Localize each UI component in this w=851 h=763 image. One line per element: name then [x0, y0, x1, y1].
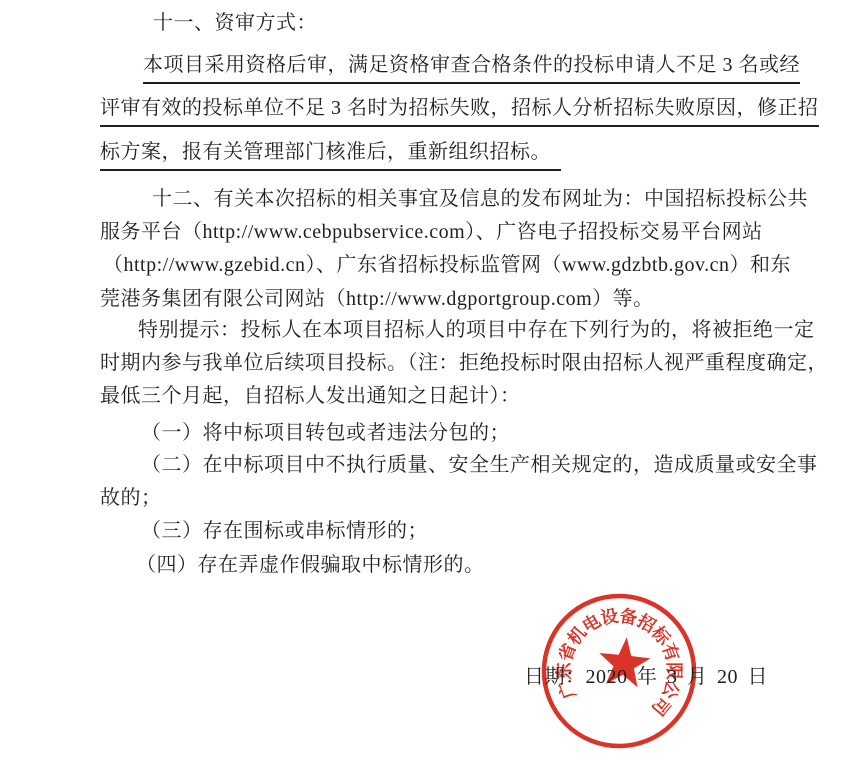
special-notice-line-1: 特别提示：投标人在本项目招标人的项目中存在下列行为的，将被拒绝一定: [138, 318, 815, 343]
list-item-3: （三）存在围标或串标情形的；: [141, 519, 428, 544]
date-line: 日期：2020 年 3 月 20 日: [524, 665, 768, 690]
special-notice-line-2: 时期内参与我单位后续项目投标。（注：拒绝投标时限由招标人视严重程度确定，: [100, 351, 828, 376]
section-11-heading: 十一、资审方式：: [153, 11, 317, 36]
list-item-1: （一）将中标项目转包或者违法分包的；: [141, 421, 510, 446]
section-12-line-2: 服务平台（http://www.cebpubservice.com）、广咨电子招…: [100, 220, 763, 245]
section-11-line-3: 标方案，报有关管理部门核准后，重新组织招标。: [100, 140, 561, 171]
section-12-line-1: 十二、有关本次招标的相关事宜及信息的发布网址为：中国招标投标公共: [152, 187, 808, 212]
list-item-2: （二）在中标项目中不执行质量、安全生产相关规定的，造成质量或安全事: [141, 453, 818, 478]
section-12-line-4: 莞港务集团有限公司网站（http://www.dgportgroup.com）等…: [100, 287, 654, 312]
document-page: 十一、资审方式： 本项目采用资格后审，满足资格审查合格条件的投标申请人不足 3 …: [0, 0, 851, 763]
list-item-4: （四）存在弄虚作假骗取中标情形的。: [136, 553, 485, 578]
section-11-line-2: 评审有效的投标单位不足 3 名时为招标失败，招标人分析招标失败原因，修正招: [100, 96, 819, 127]
svg-text:设: 设: [599, 605, 620, 628]
special-notice-line-3: 最低三个月起，自招标人发出通知之日起计）：: [100, 384, 521, 409]
section-11-line-1: 本项目采用资格后审，满足资格审查合格条件的投标申请人不足 3 名或经: [143, 53, 800, 84]
list-item-2-continuation: 故的；: [100, 486, 162, 511]
section-12-line-3: （http://www.gzebid.cn）、广东省招标投标监管网（www.gd…: [103, 253, 791, 278]
